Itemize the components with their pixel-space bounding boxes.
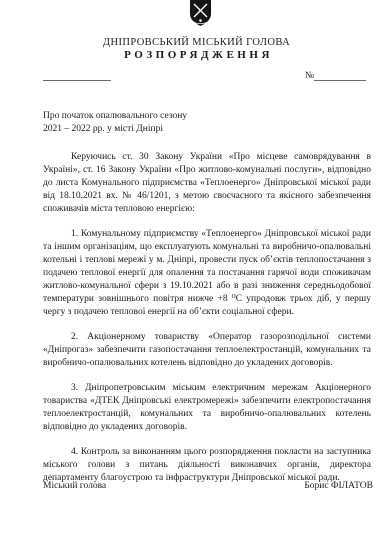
organization-name: ДНІПРОВСЬКИЙ МІСЬКИЙ ГОЛОВА [5,37,383,48]
order-paragraph-3: 3. Дніпропетровським міським електричним… [43,382,371,434]
number-label: № [305,71,314,81]
subject-line-1: Про початок опалювального сезону [43,110,263,123]
intro-paragraph: Керуючись ст. 30 Закону України «Про міс… [43,151,371,216]
subject-block: Про початок опалювального сезону 2021 – … [43,110,263,135]
document-type-title: РОЗПОРЯДЖЕННЯ [7,49,383,61]
document-number-block: № [305,71,366,81]
signer-name: Борис ФІЛАТОВ [304,481,373,491]
signer-title: Міський голова [43,481,106,491]
date-blank-line [43,80,111,81]
dnipro-coat-of-arms-icon [188,0,213,27]
order-paragraph-2: 2. Акціонерному товариству «Оператор газ… [43,331,371,370]
order-paragraph-4: 4. Контроль за виконанням цього розпоряд… [43,446,371,485]
subject-line-2: 2021 – 2022 рр. у місті Дніпрі [43,123,263,136]
signature-row: Міський голова Борис ФІЛАТОВ [43,481,373,491]
document-body: Керуючись ст. 30 Закону України «Про міс… [43,151,371,497]
number-blank-line [314,71,366,81]
document-page: ДНІПРОВСЬКИЙ МІСЬКИЙ ГОЛОВА РОЗПОРЯДЖЕНН… [0,0,383,542]
order-paragraph-1: 1. Комунальному підприємству «Теплоенерг… [43,228,371,319]
